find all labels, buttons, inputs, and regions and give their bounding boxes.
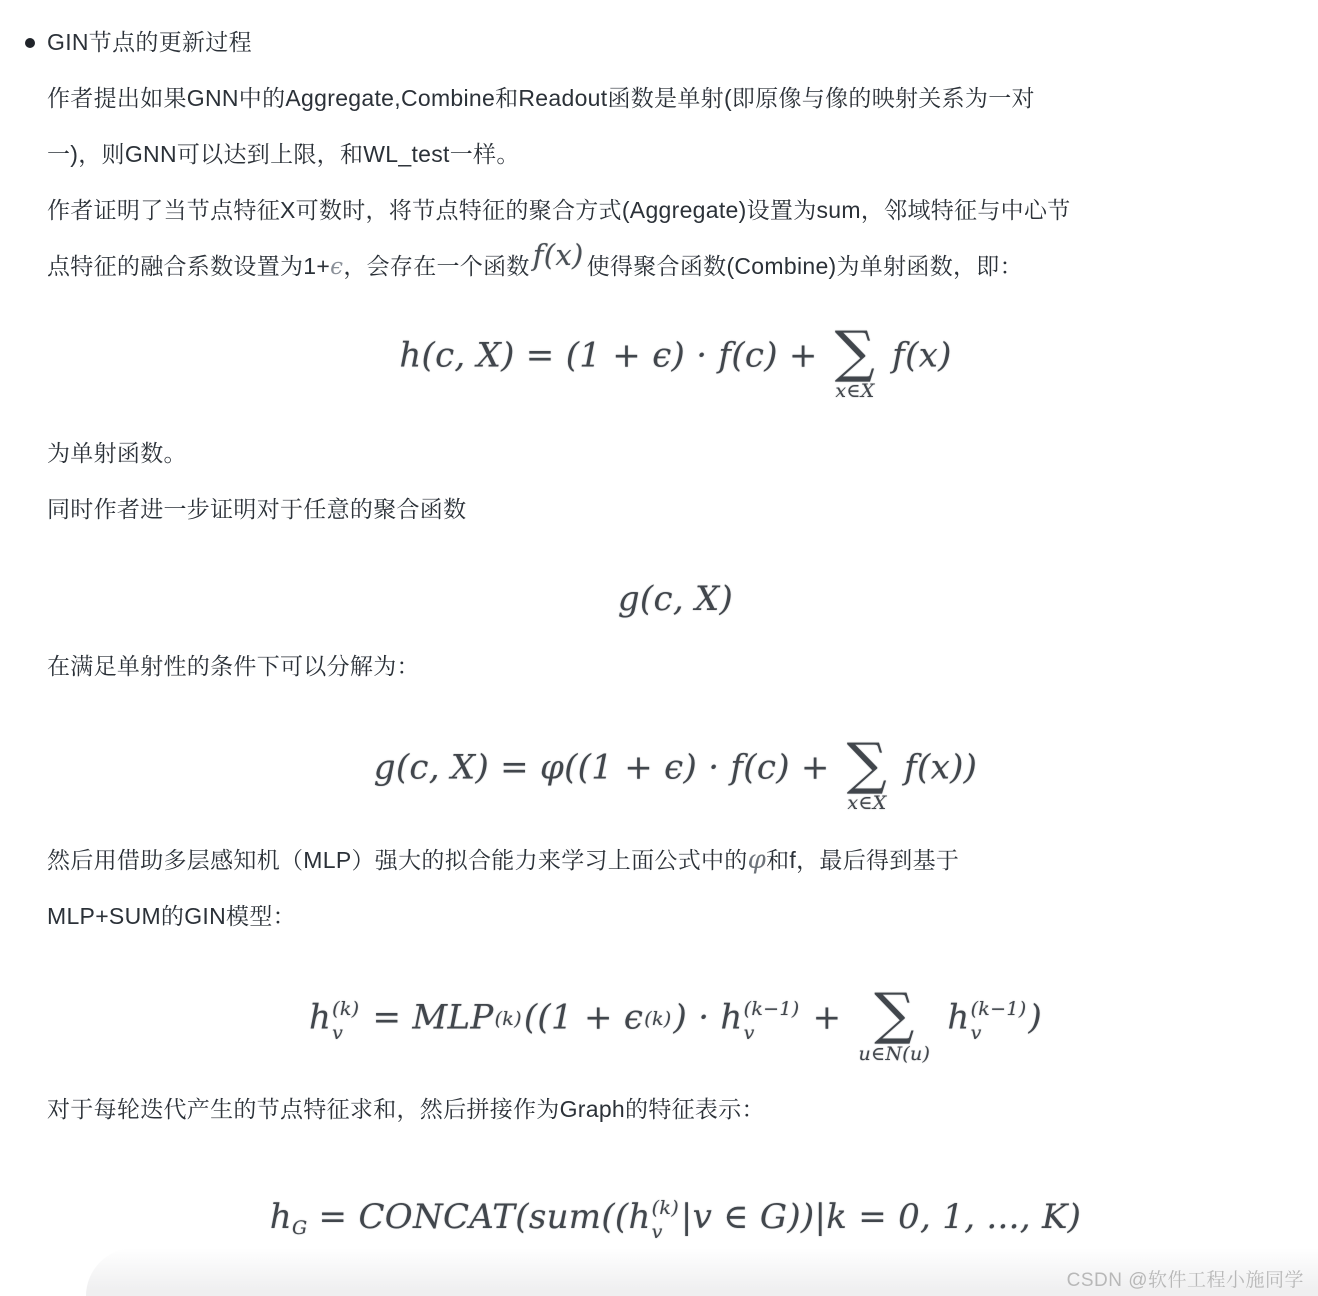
para4-text: 对于每轮迭代产生的节点特征求和，然后拼接作为Graph的特征表示： [47, 1096, 765, 1122]
formula-gin-row: h(k)v = MLP(k)((1 + ϵ(k)) · h(k−1)v + ∑u… [309, 982, 1042, 1057]
para2-line2-before: 点特征的融合系数设置为1+ [47, 253, 330, 279]
gin-eq: = MLP [361, 998, 493, 1038]
readout-hv-sub: v [652, 1223, 663, 1242]
formula-graph-readout: hG = CONCAT(sum((h(k)v|v ∈ G))|k = 0, 1,… [47, 1197, 1304, 1241]
csdn-watermark: CSDN @软件工程小施同学 [1067, 1265, 1304, 1292]
gin-h1: h [309, 998, 331, 1038]
sum-limit: u∈N(u) [858, 1045, 930, 1064]
para2-line2-mid: ，会存在一个函数 [343, 253, 529, 279]
readout-h-sub: G [292, 1217, 307, 1239]
formula-combine-left: h(c, X) = (1 + ϵ) · f(c) + [399, 336, 828, 376]
inline-fx-formula-image: f(x) [533, 241, 584, 270]
bullet-list-item-title: GIN节点的更新过程 [47, 14, 1304, 70]
gin-mlp-sup-wrap: (k) [495, 1010, 522, 1034]
para2-line2-after: 使得聚合函数(Combine)为单射函数，即： [587, 253, 1023, 279]
article-content: GIN节点的更新过程 作者提出如果GNN中的Aggregate,Combine和… [0, 0, 1318, 1240]
para1-line2-text: 一)，则GNN可以达到上限，和WL_test一样。 [47, 141, 520, 167]
sum-operator: ∑x∈X [847, 738, 887, 813]
gin-open: ((1 + ϵ [524, 998, 643, 1038]
gin-h3-sub: v [971, 1024, 982, 1043]
sum-limit: x∈X [847, 794, 886, 813]
formula-g-row: g(c, X) [618, 579, 733, 619]
formula-combine-right: f(x) [881, 336, 952, 376]
sigma-symbol: ∑ [874, 988, 914, 1041]
sum-limit: x∈X [835, 382, 874, 401]
formula-gdec-right: f(x)) [893, 748, 977, 788]
inline-epsilon-math: ϵ [330, 254, 343, 280]
gin-close: ) [1028, 998, 1042, 1038]
gin-mlp-sup: (k) [495, 1010, 522, 1029]
para4-line: 对于每轮迭代产生的节点特征求和，然后拼接作为Graph的特征表示： [47, 1081, 1304, 1137]
line-injective-text: 为单射函数。 [47, 440, 187, 466]
gin-plus: + [801, 998, 852, 1038]
para1-line1: 作者提出如果GNN中的Aggregate,Combine和Readout函数是单… [47, 70, 1304, 126]
formula-g: g(c, X) [47, 579, 1304, 619]
gin-eps-sup: (k) [644, 1010, 671, 1029]
line-decompose-text: 在满足单射性的条件下可以分解为： [47, 653, 420, 679]
sigma-symbol: ∑ [835, 326, 875, 379]
readout-mid: = CONCAT(sum((h [307, 1197, 650, 1237]
para2-line2: 点特征的融合系数设置为1+ϵ，会存在一个函数f(x)使得聚合函数(Combine… [47, 238, 1304, 294]
para2-line1-text: 作者证明了当节点特征X可数时，将节点特征的聚合方式(Aggregate)设置为s… [47, 197, 1071, 223]
sum-operator: ∑u∈N(u) [858, 988, 930, 1063]
formula-g-decomposed-row: g(c, X) = φ((1 + ϵ) · f(c) + ∑x∈X f(x)) [374, 732, 977, 807]
inline-phi-math: φ [748, 845, 767, 875]
para1-line1-text: 作者提出如果GNN中的Aggregate,Combine和Readout函数是单… [47, 85, 1035, 111]
gin-h1-sub: v [332, 1024, 343, 1043]
formula-gdec-left: g(c, X) = φ((1 + ϵ) · f(c) + [374, 748, 841, 788]
formula-combine-row: h(c, X) = (1 + ϵ) · f(c) + ∑x∈X f(x) [399, 320, 951, 395]
readout-hv-sup: (k) [652, 1199, 679, 1218]
para3-line2: MLP+SUM的GIN模型： [47, 888, 1304, 944]
gin-h3-supsub: (k−1)v [971, 1000, 1027, 1043]
gin-dot: ) · h [674, 998, 743, 1038]
line-further: 同时作者进一步证明对于任意的聚合函数 [47, 481, 1304, 537]
para3-line1-before: 然后用借助多层感知机（MLP）强大的拟合能力来学习上面公式中的 [47, 847, 748, 873]
readout-h: h [270, 1197, 292, 1237]
gin-h2-supsub: (k−1)v [744, 1000, 800, 1043]
gin-eps-sup-wrap: (k) [644, 1010, 671, 1034]
para2-line1: 作者证明了当节点特征X可数时，将节点特征的聚合方式(Aggregate)设置为s… [47, 182, 1304, 238]
formula-gin-update: h(k)v = MLP(k)((1 + ϵ(k)) · h(k−1)v + ∑u… [47, 982, 1304, 1057]
gin-h2-sup: (k−1) [744, 1000, 800, 1019]
gin-h2-sub: v [744, 1024, 755, 1043]
sum-operator: ∑x∈X [835, 326, 875, 401]
readout-tail: |v ∈ G))|k = 0, 1, ..., K) [681, 1197, 1081, 1237]
gin-h1-supsub: (k)v [332, 1000, 359, 1043]
gin-h3-sup: (k−1) [971, 1000, 1027, 1019]
line-further-text: 同时作者进一步证明对于任意的聚合函数 [47, 496, 466, 522]
para3-line2-text: MLP+SUM的GIN模型： [47, 903, 296, 929]
gin-h3: h [936, 998, 969, 1038]
formula-readout-row: hG = CONCAT(sum((h(k)v|v ∈ G))|k = 0, 1,… [270, 1197, 1081, 1241]
para1-line2: 一)，则GNN可以达到上限，和WL_test一样。 [47, 126, 1304, 182]
gin-h1-sup: (k) [332, 1000, 359, 1019]
para3-line1-after: 和f，最后得到基于 [766, 847, 959, 873]
formula-g-decomposed: g(c, X) = φ((1 + ϵ) · f(c) + ∑x∈X f(x)) [47, 732, 1304, 807]
para3-line1: 然后用借助多层感知机（MLP）强大的拟合能力来学习上面公式中的φ和f，最后得到基… [47, 832, 1304, 888]
readout-hv-supsub: (k)v [652, 1199, 679, 1242]
sigma-symbol: ∑ [847, 738, 887, 791]
bullet-marker [25, 38, 35, 48]
line-decompose: 在满足单射性的条件下可以分解为： [47, 638, 1304, 694]
line-injective: 为单射函数。 [47, 425, 1304, 481]
section-title: GIN节点的更新过程 [47, 29, 252, 55]
formula-combine-injective: h(c, X) = (1 + ϵ) · f(c) + ∑x∈X f(x) [47, 320, 1304, 395]
